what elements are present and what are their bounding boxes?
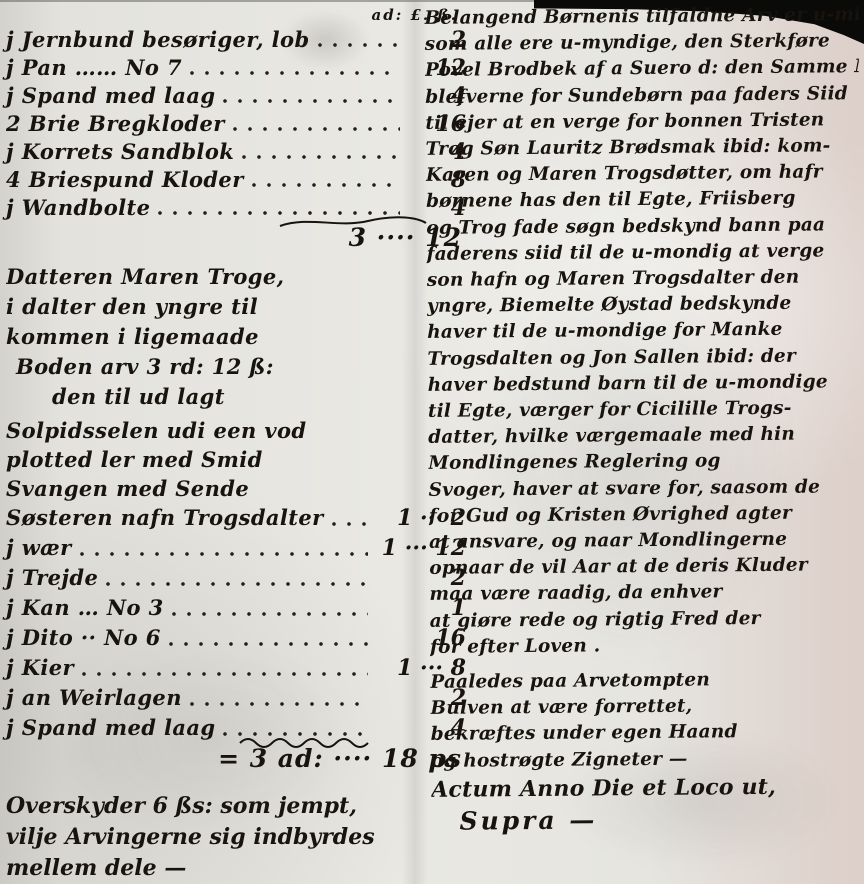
item-label: j Dito ·· No 6	[6, 623, 161, 653]
manuscript-scan-page: ad: £. ß. j Jernbund besøriger, lob 2 j …	[0, 0, 864, 884]
prose-line: som alle ere u-myndige, den Sterkføre	[425, 28, 859, 58]
item-label: j Korrets Sandblok	[6, 138, 234, 165]
prose-line: børnene has den til Egte, Friisberg	[426, 186, 860, 216]
prose-line: son hafn og Maren Trogsdalter den	[427, 264, 861, 294]
prose-line: faderens siid til de u-mondig at verge	[426, 238, 860, 268]
item-label: 4 Briespund Kloder	[6, 166, 244, 193]
subtotal-line-1: 3 ···· 12	[6, 222, 468, 254]
flourish-stroke	[238, 735, 428, 751]
dot-leader	[190, 694, 368, 709]
inventory-item: j Korrets Sandblok 4	[6, 138, 468, 166]
prose-line: Bulven at være forrettet,	[430, 692, 864, 722]
prose-line: og hostrøgte Zigneter —	[431, 745, 864, 775]
prose-line: Mondlingenes Reglering og	[428, 448, 862, 478]
prose-line: Paaledes paa Arvetompten	[430, 666, 864, 696]
inventory-list-2: Søsteren nafn Trogsdalter 1 ··· 2 j wær …	[6, 503, 468, 743]
dot-leader	[318, 35, 400, 50]
prose-line: at giøre rede og rigtig Fred der	[430, 605, 864, 635]
item-label: j Trejde	[6, 563, 98, 593]
prose-line: og Trog fade søgn bedskynd bann paa	[426, 212, 860, 242]
item-label: j Jernbund besøriger, lob	[6, 26, 310, 53]
dot-leader	[80, 544, 368, 559]
prose-line-actum: Actum Anno Die et Loco ut,	[431, 771, 864, 805]
prose-line: Povel Brodbek af a Suero d: den Samme Ma…	[425, 55, 859, 85]
inventory-item: j Trejde 2	[6, 563, 468, 593]
dot-leader	[242, 147, 400, 162]
inventory-item: Søsteren nafn Trogsdalter 1 ··· 2	[6, 503, 468, 533]
item-label: j Spand med laag	[6, 713, 215, 743]
prose-line: til ejer at en verge for bonnen Tristen	[425, 107, 859, 137]
dot-leader	[332, 514, 368, 529]
paragraph-line: plotted ler med Smid	[6, 445, 468, 474]
closing-line: mellem dele —	[6, 853, 468, 884]
inventory-item: j Kier 1 ··· 8	[6, 653, 468, 683]
inventory-item: j wær 1 ··· 12	[6, 533, 468, 563]
flourish-stroke	[278, 214, 428, 230]
closing-line: Overskyder 6 ßs: som jempt,	[6, 791, 468, 822]
item-label: j Kan … No 3	[6, 593, 164, 623]
subtotal-line-2: = 3 ad: ···· 18 ps	[6, 743, 468, 775]
prose-line: Svoger, haver at svare for, saasom de	[428, 474, 862, 504]
prose-line: at ansvare, og naar Mondlingerne	[429, 526, 863, 556]
item-label: j an Weirlagen	[6, 683, 182, 713]
paragraph-heirs: Datteren Maren Troge, i dalter den yngre…	[6, 262, 468, 412]
inventory-item: 4 Briespund Kloder 8	[6, 166, 468, 194]
prose-line: Trog Søn Lauritz Brødsmak ibid: kom-	[426, 133, 860, 163]
dot-leader	[82, 664, 368, 679]
paragraph-line: Svangen med Sende	[6, 474, 468, 503]
item-label: j Spand med laag	[6, 82, 215, 109]
prose-line: datter, hvilke værgemaale med hin	[428, 421, 862, 451]
inventory-item: 2 Brie Bregkloder 16	[6, 110, 468, 138]
paragraph-line: Solpidsselen udi een vod	[6, 416, 468, 445]
paragraph-line: i dalter den yngre til	[6, 292, 468, 322]
dot-leader	[172, 604, 368, 619]
prose-line: yngre, Biemelte Øystad bedskynde	[427, 290, 861, 320]
inventory-item: j Kan … No 3 1	[6, 593, 468, 623]
paragraph-line: den til ud lagt	[6, 382, 468, 412]
prose-line: opnaar de vil Aar at de deris Kluder	[429, 552, 863, 582]
prose-line: haver til de u-mondige for Manke	[427, 317, 861, 347]
item-label: 2 Brie Bregkloder	[6, 110, 225, 137]
prose-line: for efter Loven .	[430, 631, 864, 661]
prose-line: til Egte, værger for Cicilille Trogs-	[428, 395, 862, 425]
item-label: j Wandbolte	[6, 194, 150, 221]
prose-line-supra: Supra —	[431, 801, 864, 839]
prose-line: haver bedstund barn til de u-mondige	[428, 369, 862, 399]
inventory-item: j Jernbund besøriger, lob 2	[6, 26, 468, 54]
dot-leader	[252, 175, 400, 190]
closing-line: vilje Arvingerne sig indbyrdes	[6, 822, 468, 853]
item-label: j wær	[6, 533, 72, 563]
prose-line: Karen og Maren Trogsdøtter, om hafr	[426, 159, 860, 189]
inventory-list-1: j Jernbund besøriger, lob 2 j Pan …… No …	[6, 26, 468, 222]
prose-line: for Gud og Kristen Øvrighed agter	[429, 500, 863, 530]
prose-line: blefverne for Sundebørn paa faders Siid	[425, 81, 859, 111]
dot-leader	[233, 119, 400, 134]
paragraph-line: kommen i ligemaade	[6, 322, 468, 352]
paragraph-line: Datteren Maren Troge,	[6, 262, 468, 292]
left-column-inventory: ad: £. ß. j Jernbund besøriger, lob 2 j …	[6, 6, 468, 884]
inventory-item: j an Weirlagen 2	[6, 683, 468, 713]
item-label: Søsteren nafn Trogsdalter	[6, 503, 324, 533]
inventory-item: j Spand med laag 4	[6, 82, 468, 110]
dot-leader	[106, 574, 368, 589]
currency-column-header: ad: £. ß.	[6, 6, 468, 26]
paragraph-line: Boden arv 3 rd: 12 ß:	[6, 352, 468, 382]
item-label: j Pan …… No 7	[6, 54, 182, 81]
item-label: j Kier	[6, 653, 74, 683]
inventory-item: j Dito ·· No 6 16	[6, 623, 468, 653]
prose-line: Trogsdalten og Jon Sallen ibid: der	[427, 343, 861, 373]
closing-note: Overskyder 6 ßs: som jempt, vilje Arving…	[6, 791, 468, 884]
dot-leader	[223, 91, 400, 106]
paragraph-allotment: Solpidsselen udi een vod plotted ler med…	[6, 416, 468, 503]
prose-line: bekræftes under egen Haand	[431, 719, 864, 749]
inventory-item: j Pan …… No 7 12	[6, 54, 468, 82]
dot-leader	[169, 634, 368, 649]
right-column-prose: Belangend Børnenis tilfaldne Arv er u-mi…	[424, 2, 864, 839]
dot-leader	[190, 63, 400, 78]
prose-line: Belangend Børnenis tilfaldne Arv er u-mi…	[424, 2, 858, 32]
prose-line: maa være raadig, da enhver	[429, 579, 863, 609]
